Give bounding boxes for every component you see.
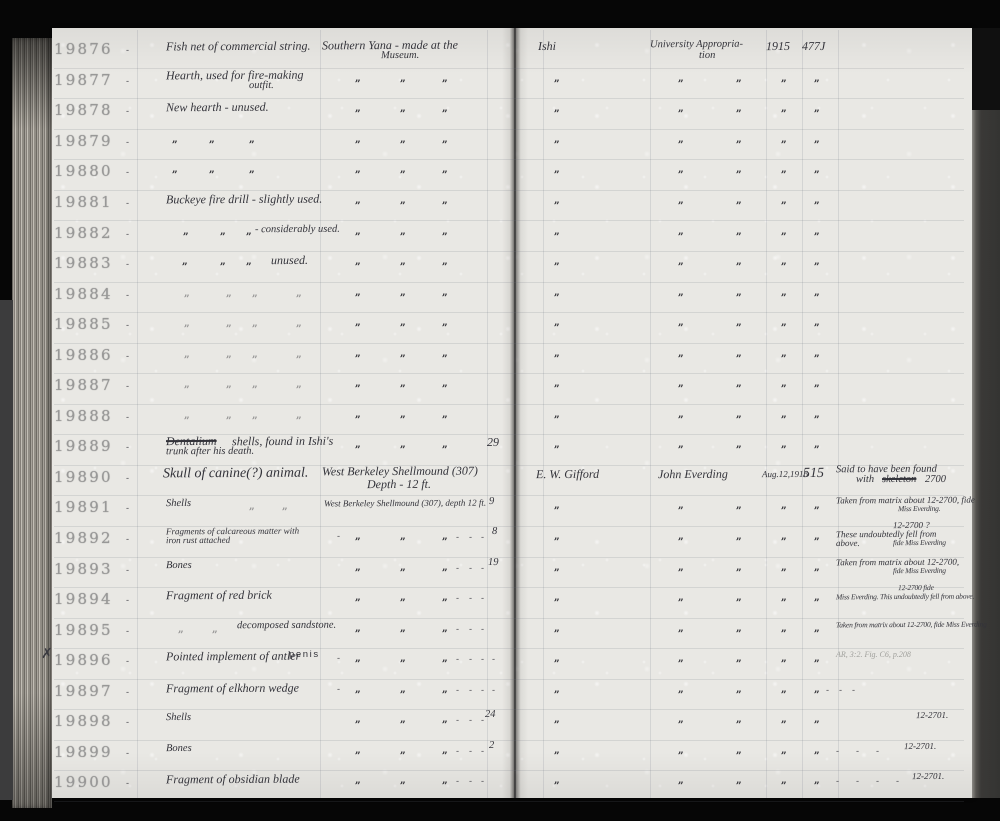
ditto-mark: „ — [182, 256, 188, 267]
handwritten-entry: University Appropria- — [650, 39, 743, 50]
ditto-mark: „ — [554, 226, 560, 237]
dash-mark: - — [856, 777, 859, 787]
dash-mark: - — [469, 533, 472, 543]
dash-mark: - — [456, 625, 459, 635]
ditto-mark: „ — [736, 562, 742, 573]
ditto-mark: „ — [814, 348, 820, 359]
handwritten-entry: Museum. — [381, 50, 419, 61]
ditto-mark: „ — [678, 653, 684, 664]
ledger-row: 19889-Dentaliumshells, found in Ishi'str… — [0, 435, 1000, 466]
ditto-mark: „ — [814, 195, 820, 206]
ditto-mark: „ — [252, 288, 258, 299]
ditto-mark: „ — [736, 256, 742, 267]
number-dash: - — [126, 46, 129, 56]
ditto-mark: „ — [678, 195, 684, 206]
ditto-mark: „ — [226, 318, 232, 329]
ditto-mark: „ — [554, 439, 560, 450]
ditto-mark: „ — [355, 653, 361, 664]
ledger-row: 19895-„„decomposed sandstone.„„„---„„„„„… — [0, 619, 1000, 650]
ditto-mark: „ — [678, 775, 684, 786]
ditto-mark: „ — [678, 134, 684, 145]
handwritten-entry: with — [856, 474, 874, 485]
dash-mark: - — [456, 716, 459, 726]
ditto-mark: „ — [781, 714, 787, 725]
ditto-mark: „ — [400, 775, 406, 786]
number-dash: - — [126, 535, 129, 545]
ditto-mark: „ — [400, 226, 406, 237]
ditto-mark: „ — [814, 500, 820, 511]
handwritten-entry: 1915 — [766, 39, 790, 54]
ditto-mark: „ — [554, 317, 560, 328]
number-dash: - — [126, 230, 129, 240]
catalog-number: 19895 — [54, 621, 113, 639]
dash-mark: - — [337, 532, 340, 542]
ditto-mark: „ — [781, 195, 787, 206]
ditto-mark: „ — [554, 287, 560, 298]
ditto-mark: „ — [814, 714, 820, 725]
ditto-mark: „ — [781, 531, 787, 542]
ditto-mark: „ — [355, 73, 361, 84]
ditto-mark: „ — [678, 714, 684, 725]
ditto-mark: „ — [678, 256, 684, 267]
ditto-mark: „ — [554, 562, 560, 573]
ditto-mark: „ — [442, 653, 448, 664]
ditto-mark: „ — [781, 164, 787, 175]
ditto-mark: „ — [184, 288, 190, 299]
ditto-mark: „ — [400, 317, 406, 328]
ditto-mark: „ — [400, 623, 406, 634]
ditto-mark: „ — [355, 439, 361, 450]
ditto-mark: „ — [781, 226, 787, 237]
ditto-mark: „ — [736, 745, 742, 756]
ditto-mark: „ — [814, 287, 820, 298]
ditto-mark: „ — [355, 562, 361, 573]
ditto-mark: „ — [172, 164, 178, 175]
ditto-mark: „ — [736, 409, 742, 420]
catalog-number: 19892 — [54, 529, 113, 547]
dash-mark: - — [456, 655, 459, 665]
number-dash: - — [126, 168, 129, 178]
ditto-mark: „ — [355, 287, 361, 298]
handwritten-entry: 9 — [489, 496, 494, 507]
ditto-mark: „ — [781, 500, 787, 511]
ditto-mark: „ — [252, 410, 258, 421]
ledger-scan: 19876-Fish net of commercial string.Sout… — [0, 0, 1000, 821]
handwritten-entry: trunk after his death. — [166, 446, 254, 457]
catalog-number: 19898 — [54, 712, 113, 730]
ditto-mark: „ — [736, 73, 742, 84]
ditto-mark: „ — [554, 623, 560, 634]
ditto-mark: „ — [678, 73, 684, 84]
number-dash: - — [126, 596, 129, 606]
ditto-mark: „ — [400, 745, 406, 756]
handwritten-entry: 477J — [802, 39, 825, 54]
ditto-mark: „ — [442, 745, 448, 756]
ledger-row: 19890-Skull of canine(?) animal.West Ber… — [0, 466, 1000, 497]
ledger-row: 19877-Hearth, used for fire-makingoutfit… — [0, 69, 1000, 100]
ditto-mark: „ — [355, 745, 361, 756]
ditto-mark: „ — [355, 531, 361, 542]
handwritten-entry: above. — [836, 538, 860, 548]
number-dash: - — [126, 474, 129, 484]
ditto-mark: „ — [678, 103, 684, 114]
ditto-mark: „ — [400, 592, 406, 603]
handwritten-entry: John Everding — [658, 467, 728, 482]
ditto-mark: „ — [400, 134, 406, 145]
ledger-row: 19876-Fish net of commercial string.Sout… — [0, 38, 1000, 69]
ditto-mark: „ — [554, 592, 560, 603]
handwritten-entry: Miss Everding. — [898, 504, 940, 513]
dash-mark: - — [469, 625, 472, 635]
ditto-mark: „ — [736, 103, 742, 114]
ditto-mark: „ — [554, 653, 560, 664]
number-dash: - — [126, 291, 129, 301]
number-dash: - — [126, 688, 129, 698]
ditto-mark: „ — [781, 439, 787, 450]
ditto-mark: „ — [814, 134, 820, 145]
ditto-mark: „ — [400, 348, 406, 359]
ditto-mark: „ — [249, 134, 255, 145]
handwritten-entry: E. W. Gifford — [536, 467, 599, 482]
handwritten-entry: fide Miss Everding — [893, 538, 946, 547]
ditto-mark: „ — [814, 409, 820, 420]
catalog-number: 19885 — [54, 315, 113, 333]
ditto-mark: „ — [400, 684, 406, 695]
handwritten-entry: Bones — [166, 743, 192, 754]
ditto-mark: „ — [554, 195, 560, 206]
handwritten-entry: Taken from matrix about 12-2700, fide Mi… — [836, 619, 987, 629]
dash-mark: - — [852, 686, 855, 696]
handwritten-entry: skeleton — [882, 474, 916, 485]
catalog-number: 19899 — [54, 743, 113, 761]
ledger-row: 19893-Bones„„„---19„„„„„Taken from matri… — [0, 558, 1000, 589]
ditto-mark: „ — [554, 73, 560, 84]
ditto-mark: „ — [400, 164, 406, 175]
ledger-row: 19896-✗Pointed implement of antlerpenis-… — [0, 649, 1000, 680]
handwritten-entry: Shells — [166, 498, 191, 509]
ditto-mark: „ — [781, 317, 787, 328]
ditto-mark: „ — [781, 378, 787, 389]
dash-mark: - — [856, 747, 859, 757]
ditto-mark: „ — [400, 287, 406, 298]
ditto-mark: „ — [554, 164, 560, 175]
ditto-mark: „ — [554, 348, 560, 359]
ditto-mark: „ — [220, 226, 226, 237]
ditto-mark: „ — [678, 226, 684, 237]
ledger-row: 19886-„„„„„„„„„„„„ — [0, 344, 1000, 375]
handwritten-entry: 2 — [489, 740, 494, 751]
printed-annotation: penis — [289, 649, 320, 660]
handwritten-entry: tion — [699, 50, 715, 61]
ditto-mark: „ — [678, 562, 684, 573]
ditto-mark: „ — [400, 439, 406, 450]
dash-mark: - — [481, 533, 484, 543]
ledger-row: 19898-Shells„„„---24„„„„„12-2701. — [0, 710, 1000, 741]
dash-mark: - — [492, 686, 495, 696]
ditto-mark: „ — [355, 134, 361, 145]
ditto-mark: „ — [296, 288, 302, 299]
ditto-mark: „ — [781, 684, 787, 695]
ledger-row: 19899-Bones„„„---2„„„„„---12-2701. — [0, 741, 1000, 772]
handwritten-entry: New hearth - unused. — [166, 100, 269, 116]
handwritten-entry: Bones — [166, 559, 192, 570]
handwritten-entry: unused. — [271, 253, 308, 268]
dash-mark: - — [456, 777, 459, 787]
ditto-mark: „ — [442, 73, 448, 84]
ditto-mark: „ — [736, 684, 742, 695]
handwritten-entry: Fragment of elkhorn wedge — [166, 680, 299, 696]
ditto-mark: „ — [781, 287, 787, 298]
ditto-mark: „ — [355, 256, 361, 267]
ditto-mark: „ — [355, 623, 361, 634]
ditto-mark: „ — [554, 500, 560, 511]
ditto-mark: „ — [296, 410, 302, 421]
handwritten-entry: Fragment of obsidian blade — [166, 772, 300, 788]
ditto-mark: „ — [442, 195, 448, 206]
ledger-row: 19885-„„„„„„„„„„„„ — [0, 313, 1000, 344]
dash-mark: - — [456, 594, 459, 604]
row-rule-line — [54, 801, 964, 802]
ditto-mark: „ — [554, 714, 560, 725]
handwritten-entry: 24 — [485, 709, 496, 720]
catalog-number: 19891 — [54, 498, 113, 516]
ditto-mark: „ — [814, 256, 820, 267]
catalog-number: 19900 — [54, 773, 113, 791]
ditto-mark: „ — [442, 775, 448, 786]
ditto-mark: „ — [400, 714, 406, 725]
ditto-mark: „ — [736, 378, 742, 389]
ditto-mark: „ — [678, 684, 684, 695]
dash-mark: - — [456, 747, 459, 757]
ledger-row: 19882-„„„- considerably used.„„„„„„„„ — [0, 222, 1000, 253]
ditto-mark: „ — [781, 134, 787, 145]
dash-mark: - — [876, 777, 879, 787]
catalog-number: 19879 — [54, 132, 113, 150]
ledger-row: 19881-Buckeye fire drill - slightly used… — [0, 191, 1000, 222]
ditto-mark: „ — [355, 409, 361, 420]
ditto-mark: „ — [814, 439, 820, 450]
dash-mark: - — [481, 594, 484, 604]
ditto-mark: „ — [184, 410, 190, 421]
ditto-mark: „ — [781, 103, 787, 114]
ditto-mark: „ — [178, 624, 184, 635]
ledger-row: 19879-„„„„„„„„„„„ — [0, 130, 1000, 161]
dash-mark: - — [481, 655, 484, 665]
ditto-mark: „ — [736, 439, 742, 450]
dash-mark: - — [469, 655, 472, 665]
ditto-mark: „ — [678, 592, 684, 603]
ditto-mark: „ — [355, 226, 361, 237]
ditto-mark: „ — [736, 714, 742, 725]
ditto-mark: „ — [246, 226, 252, 237]
ditto-mark: „ — [212, 624, 218, 635]
handwritten-entry: 515 — [803, 466, 824, 482]
ditto-mark: „ — [554, 256, 560, 267]
dash-mark: - — [481, 564, 484, 574]
handwritten-entry: 12-2701. — [912, 771, 944, 781]
ditto-mark: „ — [554, 378, 560, 389]
ditto-mark: „ — [442, 531, 448, 542]
ditto-mark: „ — [355, 775, 361, 786]
handwritten-entry: 12-2701. — [916, 710, 948, 720]
catalog-number: 19886 — [54, 346, 113, 364]
ditto-mark: „ — [442, 103, 448, 114]
ditto-mark: „ — [220, 256, 226, 267]
ditto-mark: „ — [736, 653, 742, 664]
catalog-number: 19889 — [54, 437, 113, 455]
catalog-number: 19881 — [54, 193, 113, 211]
handwritten-entry: Fragment of red brick — [166, 588, 272, 604]
ditto-mark: „ — [781, 409, 787, 420]
ditto-mark: „ — [355, 592, 361, 603]
ditto-mark: „ — [400, 562, 406, 573]
ditto-mark: „ — [678, 164, 684, 175]
ditto-mark: „ — [442, 378, 448, 389]
ditto-mark: „ — [249, 164, 255, 175]
ditto-mark: „ — [442, 317, 448, 328]
dash-mark: - — [456, 533, 459, 543]
ditto-mark: „ — [442, 623, 448, 634]
handwritten-entry: fide Miss Everding — [893, 565, 946, 574]
number-dash: - — [126, 260, 129, 270]
dash-mark: - — [481, 625, 484, 635]
ditto-mark: „ — [678, 409, 684, 420]
ditto-mark: „ — [814, 745, 820, 756]
number-dash: - — [126, 138, 129, 148]
ditto-mark: „ — [781, 256, 787, 267]
ditto-mark: „ — [184, 379, 190, 390]
dash-mark: - — [469, 594, 472, 604]
ditto-mark: „ — [814, 531, 820, 542]
dash-mark: - — [836, 747, 839, 757]
handwritten-entry: Buckeye fire drill - slightly used. — [166, 192, 322, 208]
ditto-mark: „ — [442, 287, 448, 298]
ditto-mark: „ — [781, 623, 787, 634]
ditto-mark: „ — [252, 379, 258, 390]
ditto-mark: „ — [781, 562, 787, 573]
ledger-row: 19888-„„„„„„„„„„„„ — [0, 405, 1000, 436]
ditto-mark: „ — [736, 195, 742, 206]
ditto-mark: „ — [442, 714, 448, 725]
ditto-mark: „ — [296, 318, 302, 329]
number-dash: - — [126, 352, 129, 362]
ditto-mark: „ — [172, 134, 178, 145]
ditto-mark: „ — [442, 134, 448, 145]
number-dash: - — [126, 566, 129, 576]
dash-mark: - — [469, 747, 472, 757]
ditto-mark: „ — [814, 623, 820, 634]
ditto-mark: „ — [282, 501, 288, 512]
ditto-mark: „ — [781, 73, 787, 84]
ditto-mark: „ — [814, 226, 820, 237]
ditto-mark: „ — [814, 73, 820, 84]
ledger-row: 19891-Shells„„West Berkeley Shellmound (… — [0, 496, 1000, 527]
handwritten-entry: Pointed implement of antler — [166, 649, 300, 665]
ditto-mark: „ — [554, 531, 560, 542]
handwritten-entry: 19 — [488, 557, 499, 568]
ditto-mark: „ — [814, 562, 820, 573]
dash-mark: - — [492, 655, 495, 665]
catalog-number: 19890 — [54, 468, 113, 486]
ditto-mark: „ — [736, 775, 742, 786]
ditto-mark: „ — [355, 164, 361, 175]
ledger-row: 19897-Fragment of elkhorn wedge-„„„----„… — [0, 680, 1000, 711]
ditto-mark: „ — [442, 592, 448, 603]
ditto-mark: „ — [400, 531, 406, 542]
ditto-mark: „ — [736, 500, 742, 511]
number-dash: - — [126, 321, 129, 331]
ditto-mark: „ — [226, 349, 232, 360]
catalog-number: 19883 — [54, 254, 113, 272]
dash-mark: - — [337, 685, 340, 695]
ditto-mark: „ — [442, 562, 448, 573]
catalog-number: 19884 — [54, 285, 113, 303]
number-dash: - — [126, 199, 129, 209]
ditto-mark: „ — [814, 103, 820, 114]
handwritten-entry: decomposed sandstone. — [237, 619, 336, 631]
ditto-mark: „ — [400, 195, 406, 206]
ditto-mark: „ — [781, 348, 787, 359]
catalog-number: 19894 — [54, 590, 113, 608]
ditto-mark: „ — [246, 256, 252, 267]
handwritten-entry: Shells — [166, 712, 191, 723]
ditto-mark: „ — [554, 684, 560, 695]
ditto-mark: „ — [678, 348, 684, 359]
dash-mark: - — [826, 686, 829, 696]
ditto-mark: „ — [678, 378, 684, 389]
ditto-mark: „ — [678, 317, 684, 328]
dash-mark: - — [481, 747, 484, 757]
ditto-mark: „ — [183, 226, 189, 237]
ditto-mark: „ — [736, 287, 742, 298]
handwritten-entry: outfit. — [249, 80, 274, 91]
ditto-mark: „ — [184, 318, 190, 329]
dash-mark: - — [836, 777, 839, 787]
catalog-number: 19880 — [54, 162, 113, 180]
ditto-mark: „ — [249, 501, 255, 512]
number-dash: - — [126, 413, 129, 423]
ledger-row: 19878-New hearth - unused.„„„„„„„„ — [0, 99, 1000, 130]
ditto-mark: „ — [781, 592, 787, 603]
ditto-mark: „ — [814, 775, 820, 786]
dash-mark: - — [481, 716, 484, 726]
ditto-mark: „ — [400, 653, 406, 664]
ledger-row: 19900-Fragment of obsidian blade„„„---„„… — [0, 771, 1000, 802]
catalog-number: 19876 — [54, 40, 113, 58]
ditto-mark: „ — [400, 378, 406, 389]
ditto-mark: „ — [781, 745, 787, 756]
ditto-mark: „ — [814, 164, 820, 175]
ditto-mark: „ — [814, 378, 820, 389]
dash-mark: - — [876, 747, 879, 757]
ditto-mark: „ — [252, 318, 258, 329]
number-dash: - — [126, 77, 129, 87]
ditto-mark: „ — [814, 653, 820, 664]
ditto-mark: „ — [296, 349, 302, 360]
number-dash: - — [126, 779, 129, 789]
handwritten-entry: West Berkeley Shellmound (307), depth 12… — [324, 498, 486, 509]
crossout-mark: ✗ — [41, 646, 53, 662]
dash-mark: - — [469, 716, 472, 726]
handwritten-entry: 12-2701. — [904, 741, 936, 751]
ditto-mark: „ — [736, 531, 742, 542]
dash-mark: - — [456, 564, 459, 574]
catalog-number: 19893 — [54, 560, 113, 578]
handwritten-entry: Depth - 12 ft. — [367, 477, 431, 492]
ditto-mark: „ — [678, 500, 684, 511]
ditto-mark: „ — [678, 623, 684, 634]
ditto-mark: „ — [226, 288, 232, 299]
